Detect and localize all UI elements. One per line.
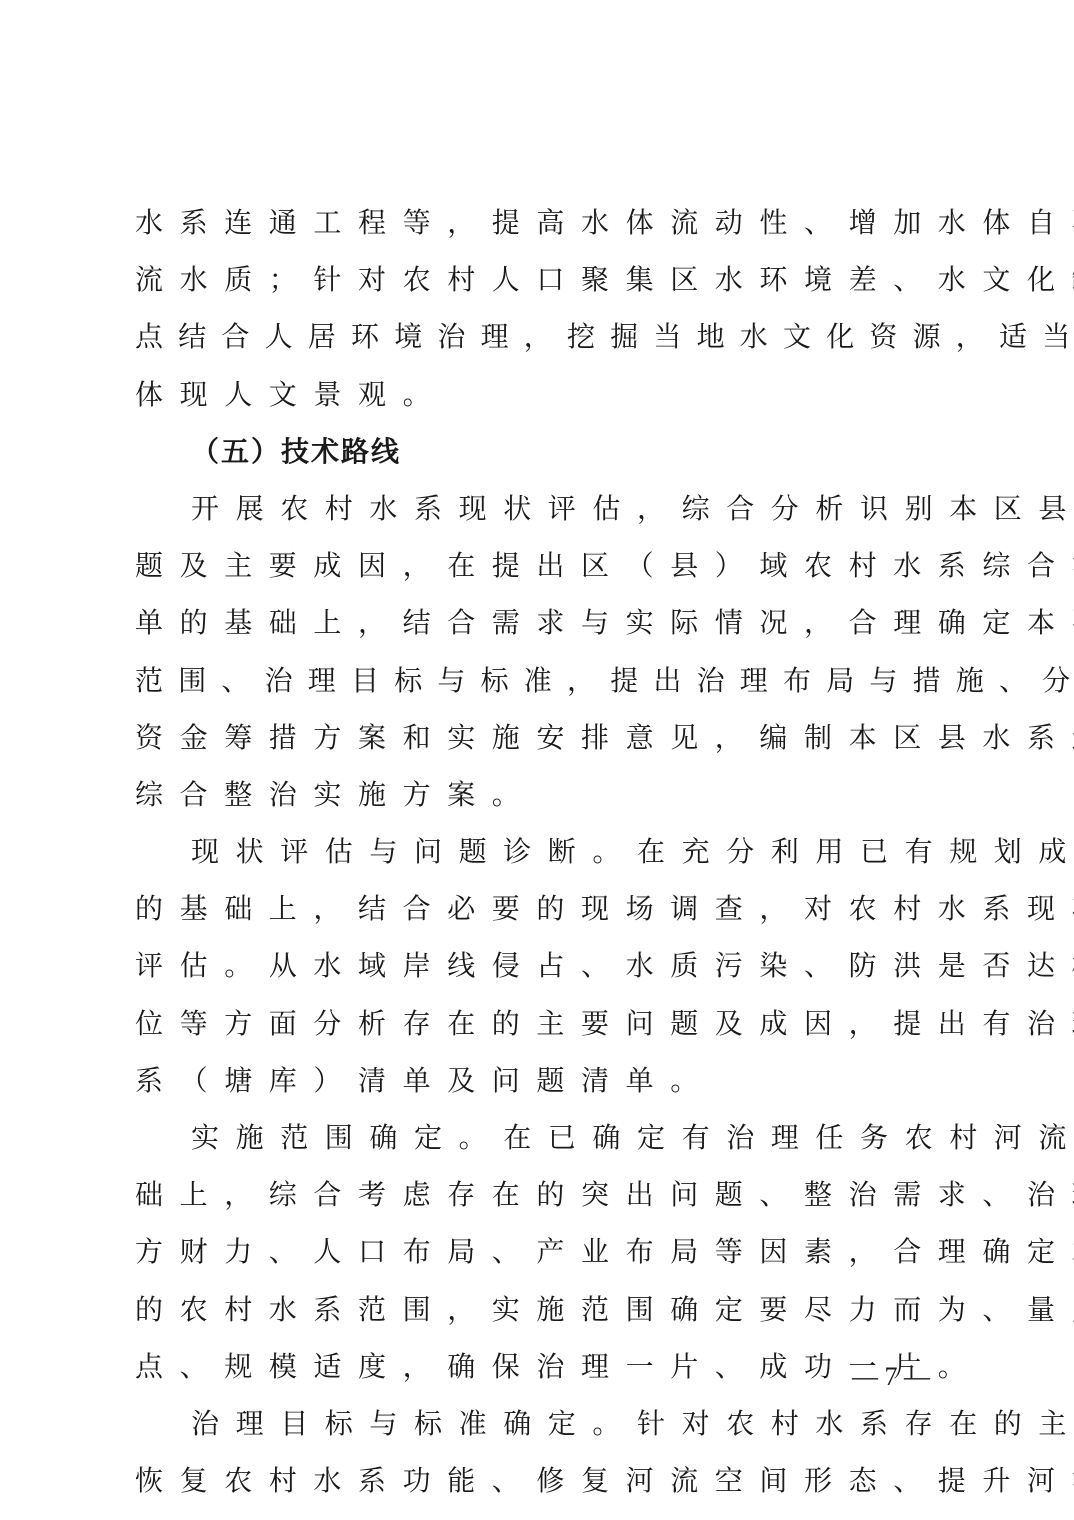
- text-line: 资金筹措方案和实施安排意见，编制本区县水系连通及农村水系: [135, 718, 947, 775]
- paragraph-technical-route: 开展农村水系现状评估，综合分析识别本区县存在的突出问 题及主要成因，在提出区（县…: [135, 489, 947, 832]
- text-line: 的农村水系范围，实施范围确定要尽力而为、量力而行、突出重: [135, 1290, 947, 1347]
- text-line: 体现人文景观。: [135, 375, 947, 432]
- paragraph-scope-determination: 实施范围确定。在已确定有治理任务农村河流水系清单的基 础上，综合考虑存在的突出问…: [135, 1118, 947, 1404]
- document-body: 水系连通工程等，提高水体流动性、增加水体自净能力，改善河 流水质；针对农村人口聚…: [135, 203, 947, 1518]
- text-line: 评估。从水域岸线侵占、水质污染、防洪是否达标、管理是否到: [135, 946, 947, 1003]
- continued-paragraph: 水系连通工程等，提高水体流动性、增加水体自净能力，改善河 流水质；针对农村人口聚…: [135, 203, 947, 432]
- text-line: 治理目标与标准确定。针对农村水系存在的主要问题，围绕: [135, 1404, 947, 1461]
- text-line: 综合整治实施方案。: [135, 775, 947, 832]
- text-line: 现状评估与问题诊断。在充分利用已有规划成果及有关资料: [135, 832, 947, 889]
- text-line: 题及主要成因，在提出区（县）域农村水系综合治理任务河流清: [135, 546, 947, 603]
- text-line: 单的基础上，结合需求与实际情况，合理确定本次农村水系实施: [135, 603, 947, 660]
- text-line: 系（塘库）清单及问题清单。: [135, 1061, 947, 1118]
- text-line: 流水质；针对农村人口聚集区水环境差、水文化缺失等问题，重: [135, 260, 947, 317]
- section-heading: （五）技术路线: [135, 432, 947, 489]
- document-page: 水系连通工程等，提高水体流动性、增加水体自净能力，改善河 流水质；针对农村人口聚…: [0, 0, 1074, 1520]
- text-line: 位等方面分析存在的主要问题及成因，提出有治理任务的农村水: [135, 1004, 947, 1061]
- text-line: 的基础上，结合必要的现场调查，对农村水系现状情况进行全面: [135, 889, 947, 946]
- text-line: 实施范围确定。在已确定有治理任务农村河流水系清单的基: [135, 1118, 947, 1175]
- text-line: 范围、治理目标与标准，提出治理布局与措施、分类别投资构成、: [135, 661, 947, 718]
- text-line: 恢复农村水系功能、修复河流空间形态、提升河流水环境质量等: [135, 1461, 947, 1518]
- paragraph-goals-standards: 治理目标与标准确定。针对农村水系存在的主要问题，围绕 恢复农村水系功能、修复河流…: [135, 1404, 947, 1518]
- text-line: 开展农村水系现状评估，综合分析识别本区县存在的突出问: [135, 489, 947, 546]
- text-line: 方财力、人口布局、产业布局等因素，合理确定本次需开展治理: [135, 1232, 947, 1289]
- text-line: 点结合人居环境治理，挖掘当地水文化资源，适当营造亲水空间，: [135, 317, 947, 374]
- text-line: 点、规模适度，确保治理一片、成功一片。: [135, 1347, 947, 1404]
- page-number: — 7 —: [852, 1362, 930, 1392]
- text-line: 水系连通工程等，提高水体流动性、增加水体自净能力，改善河: [135, 203, 947, 260]
- text-line: 础上，综合考虑存在的突出问题、整治需求、治理工作基础、地: [135, 1175, 947, 1232]
- paragraph-status-assessment: 现状评估与问题诊断。在充分利用已有规划成果及有关资料 的基础上，结合必要的现场调…: [135, 832, 947, 1118]
